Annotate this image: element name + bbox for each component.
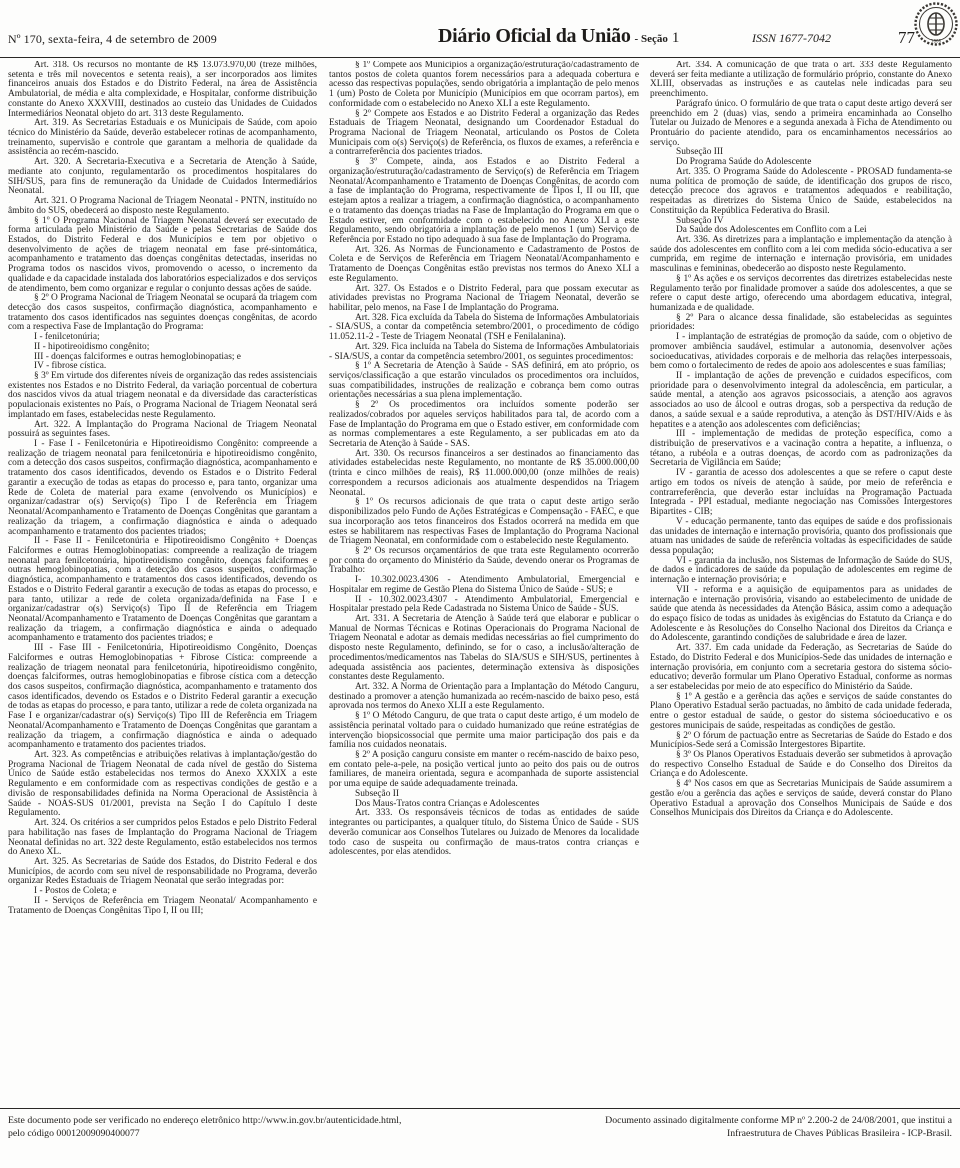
footer-divider xyxy=(0,1108,960,1109)
paragraph: Art. 337. Em cada unidade da Federação, … xyxy=(650,644,952,693)
paragraph: IV - garantia de acesso dos adolescentes… xyxy=(650,469,952,518)
paragraph: II - implantação de ações de prevenção e… xyxy=(650,372,952,430)
paragraph: Parágrafo único. O formulário de que tra… xyxy=(650,100,952,149)
paragraph: Art. 329. Fica incluída na Tabela do Sis… xyxy=(329,343,639,362)
paragraph: § 3º Em virtude dos diferentes níveis de… xyxy=(8,372,317,421)
paragraph: Art. 327. Os Estados e o Distrito Federa… xyxy=(329,285,639,314)
paragraph: I - Fase I - Fenilcetonúria e Hipotireoi… xyxy=(8,440,317,537)
paragraph: § 2º O Programa Nacional de Triagem Neon… xyxy=(8,294,317,333)
paragraph: I- 10.302.0023.4306 - Atendimento Ambula… xyxy=(329,576,639,595)
paragraph: Art. 330. Os recursos financeiros a ser … xyxy=(329,450,639,499)
masthead-section-label: - Seção xyxy=(635,33,668,45)
paragraph: I - implantação de estratégias de promoç… xyxy=(650,333,952,372)
text-column-3: Art. 334. A comunicação de que trata o a… xyxy=(650,61,952,1107)
paragraph: VII - reforma e a aquisição de equipamen… xyxy=(650,586,952,644)
paragraph: II - Fase II - Fenilcetonúria e Hipotire… xyxy=(8,537,317,644)
signature-line-1: Documento assinado digitalmente conforme… xyxy=(605,1114,952,1127)
paragraph: II - Serviços de Referência em Triagem N… xyxy=(8,897,317,916)
paragraph: VI - garantia da inclusão, nos Sistemas … xyxy=(650,557,952,586)
paragraph: Art. 318. Os recursos no montante de R$ … xyxy=(8,61,317,119)
paragraph: § 1º As ações e os serviços decorrentes … xyxy=(650,275,952,314)
masthead-section-number: 1 xyxy=(672,30,680,46)
paragraph: § 4º Nos casos em que as Secretarias Mun… xyxy=(650,780,952,819)
verification-line-1: Este documento pode ser verificado no en… xyxy=(8,1114,401,1127)
paragraph: § 1º O Programa Nacional de Triagem Neon… xyxy=(8,217,317,295)
paragraph: § 1º O Método Canguru, de que trata o ca… xyxy=(329,712,639,751)
paragraph: Art. 321. O Programa Nacional de Triagem… xyxy=(8,197,317,216)
text-column-1: Art. 318. Os recursos no montante de R$ … xyxy=(8,61,317,1107)
paragraph: § 1º Compete aos Municípios a organizaçã… xyxy=(329,61,639,110)
text-column-2: § 1º Compete aos Municípios a organizaçã… xyxy=(329,61,639,1107)
paragraph: § 2º A posição canguru consiste em mante… xyxy=(329,751,639,790)
paragraph: § 1º A Secretaria de Atenção à Saúde - S… xyxy=(329,362,639,401)
paragraph: § 2º Os procedimentos ora incluídos some… xyxy=(329,401,639,450)
paragraph: Art. 332. A Norma de Orientação para a I… xyxy=(329,683,639,712)
header-divider xyxy=(0,57,960,58)
page-header: Nº 170, sexta-feira, 4 de setembro de 20… xyxy=(0,0,960,56)
paragraph: § 2º Os recursos orçamentários de que tr… xyxy=(329,547,639,576)
signature-notice: Documento assinado digitalmente conforme… xyxy=(605,1114,952,1140)
imprensa-nacional-seal-icon: 1808 xyxy=(914,2,958,46)
paragraph: Art. 322. A Implantação do Programa Naci… xyxy=(8,421,317,440)
paragraph: § 2º Para o alcance dessa finalidade, sã… xyxy=(650,314,952,333)
masthead-title: Diário Oficial da União xyxy=(438,25,631,47)
paragraph: Art. 331. A Secretaria de Atenção à Saúd… xyxy=(329,615,639,683)
paragraph: § 2º Compete aos Estados e ao Distrito F… xyxy=(329,110,639,159)
paragraph: Art. 325. As Secretarias de Saúde dos Es… xyxy=(8,858,317,887)
paragraph: Art. 335. O Programa Saúde do Adolescent… xyxy=(650,168,952,217)
paragraph: Art. 326. As Normas de Funcionamento e C… xyxy=(329,246,639,285)
paragraph: § 2º O fórum de pactuação entre as Secre… xyxy=(650,732,952,751)
paragraph: § 1º Os recursos adicionais de que trata… xyxy=(329,498,639,547)
verification-notice: Este documento pode ser verificado no en… xyxy=(8,1114,401,1140)
paragraph: Art. 324. Os critérios a ser cumpridos p… xyxy=(8,819,317,858)
verification-line-2: pelo código 00012009090400077 xyxy=(8,1127,401,1140)
paragraph: Art. 334. A comunicação de que trata o a… xyxy=(650,61,952,100)
paragraph: V - educação permanente, tanto das equip… xyxy=(650,518,952,557)
paragraph: Art. 320. A Secretaria-Executiva e a Sec… xyxy=(8,158,317,197)
paragraph: § 3º Os Planos Operativos Estaduais deve… xyxy=(650,751,952,780)
paragraph: Art. 319. As Secretarias Estaduais e os … xyxy=(8,119,317,158)
paragraph: § 1º A gestão e a gerência das ações e s… xyxy=(650,693,952,732)
masthead: Diário Oficial da União- Seção1 xyxy=(438,25,679,48)
paragraph: Art. 328. Fica excluída da Tabela do Sis… xyxy=(329,314,639,343)
svg-text:1808: 1808 xyxy=(931,39,942,44)
issn-number: ISSN 1677-7042 xyxy=(752,31,831,46)
page-number: 77 xyxy=(898,28,915,48)
paragraph: Art. 333. Os responsáveis técnicos de to… xyxy=(329,809,639,858)
paragraph: Art. 323. As competências e atribuições … xyxy=(8,751,317,819)
edition-info: Nº 170, sexta-feira, 4 de setembro de 20… xyxy=(8,32,217,47)
gazette-page: Nº 170, sexta-feira, 4 de setembro de 20… xyxy=(0,0,960,1168)
paragraph: III - Fase III - Fenilcetonúria, Hipotir… xyxy=(8,644,317,751)
document-body: Art. 318. Os recursos no montante de R$ … xyxy=(0,61,960,1107)
paragraph: II - 10.302.0023.4307 - Atendimento Ambu… xyxy=(329,596,639,615)
paragraph: § 3º Compete, ainda, aos Estados e ao Di… xyxy=(329,158,639,245)
paragraph: III - implementação de medidas de proteç… xyxy=(650,430,952,469)
paragraph: Art. 336. As diretrizes para a implantaç… xyxy=(650,236,952,275)
signature-line-2: Infraestrutura de Chaves Públicas Brasil… xyxy=(605,1127,952,1140)
